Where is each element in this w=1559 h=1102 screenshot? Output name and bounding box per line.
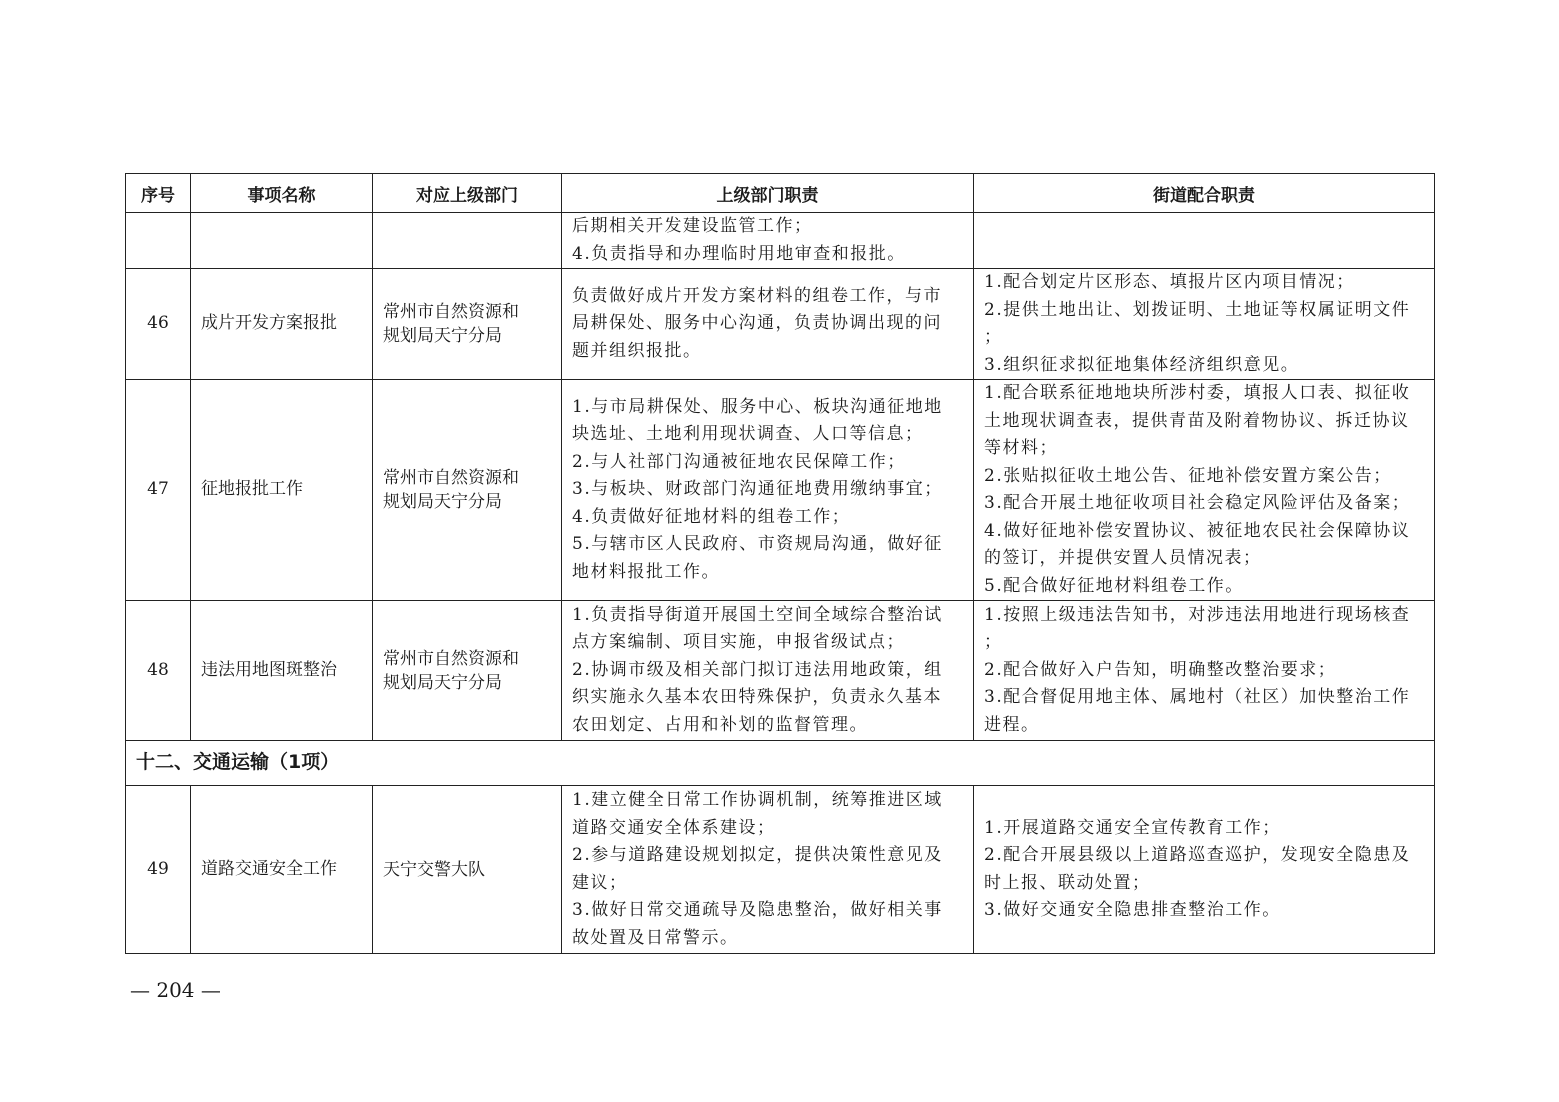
cell-name: 成片开发方案报批 xyxy=(191,269,373,380)
cell-num: 46 xyxy=(126,269,191,380)
cell-street-duty: 1.配合划定片区形态、填报片区内项目情况； 2.提供土地出让、划拨证明、土地证等… xyxy=(974,269,1435,380)
cell-num: 49 xyxy=(126,786,191,954)
header-item-name: 事项名称 xyxy=(191,174,373,213)
cell-num xyxy=(126,213,191,269)
cell-dept: 天宁交警大队 xyxy=(373,786,562,954)
cell-dept xyxy=(373,213,562,269)
cell-superior-duty: 1.与市局耕保处、服务中心、板块沟通征地地 块选址、土地利用现状调查、人口等信息… xyxy=(562,380,974,601)
cell-street-duty: 1.开展道路交通安全宣传教育工作； 2.配合开展县级以上道路巡查巡护，发现安全隐… xyxy=(974,786,1435,954)
cell-dept: 常州市自然资源和 规划局天宁分局 xyxy=(373,601,562,741)
header-superior-duty: 上级部门职责 xyxy=(562,174,974,213)
cell-street-duty xyxy=(974,213,1435,269)
table-row: 46 成片开发方案报批 常州市自然资源和 规划局天宁分局 负责做好成片开发方案材… xyxy=(126,269,1435,380)
cell-street-duty: 1.配合联系征地地块所涉村委，填报人口表、拟征收 土地现状调查表，提供青苗及附着… xyxy=(974,380,1435,601)
cell-name: 道路交通安全工作 xyxy=(191,786,373,954)
cell-superior-duty: 1.负责指导街道开展国土空间全域综合整治试 点方案编制、项目实施，申报省级试点；… xyxy=(562,601,974,741)
table-row-continuation: 后期相关开发建设监管工作； 4.负责指导和办理临时用地审查和报批。 xyxy=(126,213,1435,269)
header-street-duty: 街道配合职责 xyxy=(974,174,1435,213)
document-page: 序号 事项名称 对应上级部门 上级部门职责 街道配合职责 后期相关开发建设监管工… xyxy=(0,0,1559,1102)
cell-name: 征地报批工作 xyxy=(191,380,373,601)
section-header-row: 十二、交通运输（1项） xyxy=(126,741,1435,786)
cell-superior-duty: 负责做好成片开发方案材料的组卷工作，与市 局耕保处、服务中心沟通，负责协调出现的… xyxy=(562,269,974,380)
cell-superior-duty: 后期相关开发建设监管工作； 4.负责指导和办理临时用地审查和报批。 xyxy=(562,213,974,269)
cell-num: 47 xyxy=(126,380,191,601)
cell-superior-duty: 1.建立健全日常工作协调机制，统筹推进区域 道路交通安全体系建设； 2.参与道路… xyxy=(562,786,974,954)
duty-table: 序号 事项名称 对应上级部门 上级部门职责 街道配合职责 后期相关开发建设监管工… xyxy=(125,173,1435,954)
cell-dept: 常州市自然资源和 规划局天宁分局 xyxy=(373,269,562,380)
page-number: — 204 — xyxy=(130,978,221,1002)
table-header-row: 序号 事项名称 对应上级部门 上级部门职责 街道配合职责 xyxy=(126,174,1435,213)
table-row: 48 违法用地图斑整治 常州市自然资源和 规划局天宁分局 1.负责指导街道开展国… xyxy=(126,601,1435,741)
table-row: 47 征地报批工作 常州市自然资源和 规划局天宁分局 1.与市局耕保处、服务中心… xyxy=(126,380,1435,601)
section-title: 十二、交通运输（1项） xyxy=(126,741,1435,786)
cell-num: 48 xyxy=(126,601,191,741)
header-num: 序号 xyxy=(126,174,191,213)
table-row: 49 道路交通安全工作 天宁交警大队 1.建立健全日常工作协调机制，统筹推进区域… xyxy=(126,786,1435,954)
cell-street-duty: 1.按照上级违法告知书，对涉违法用地进行现场核查 ； 2.配合做好入户告知，明确… xyxy=(974,601,1435,741)
cell-dept: 常州市自然资源和 规划局天宁分局 xyxy=(373,380,562,601)
header-superior-dept: 对应上级部门 xyxy=(373,174,562,213)
cell-name xyxy=(191,213,373,269)
cell-name: 违法用地图斑整治 xyxy=(191,601,373,741)
